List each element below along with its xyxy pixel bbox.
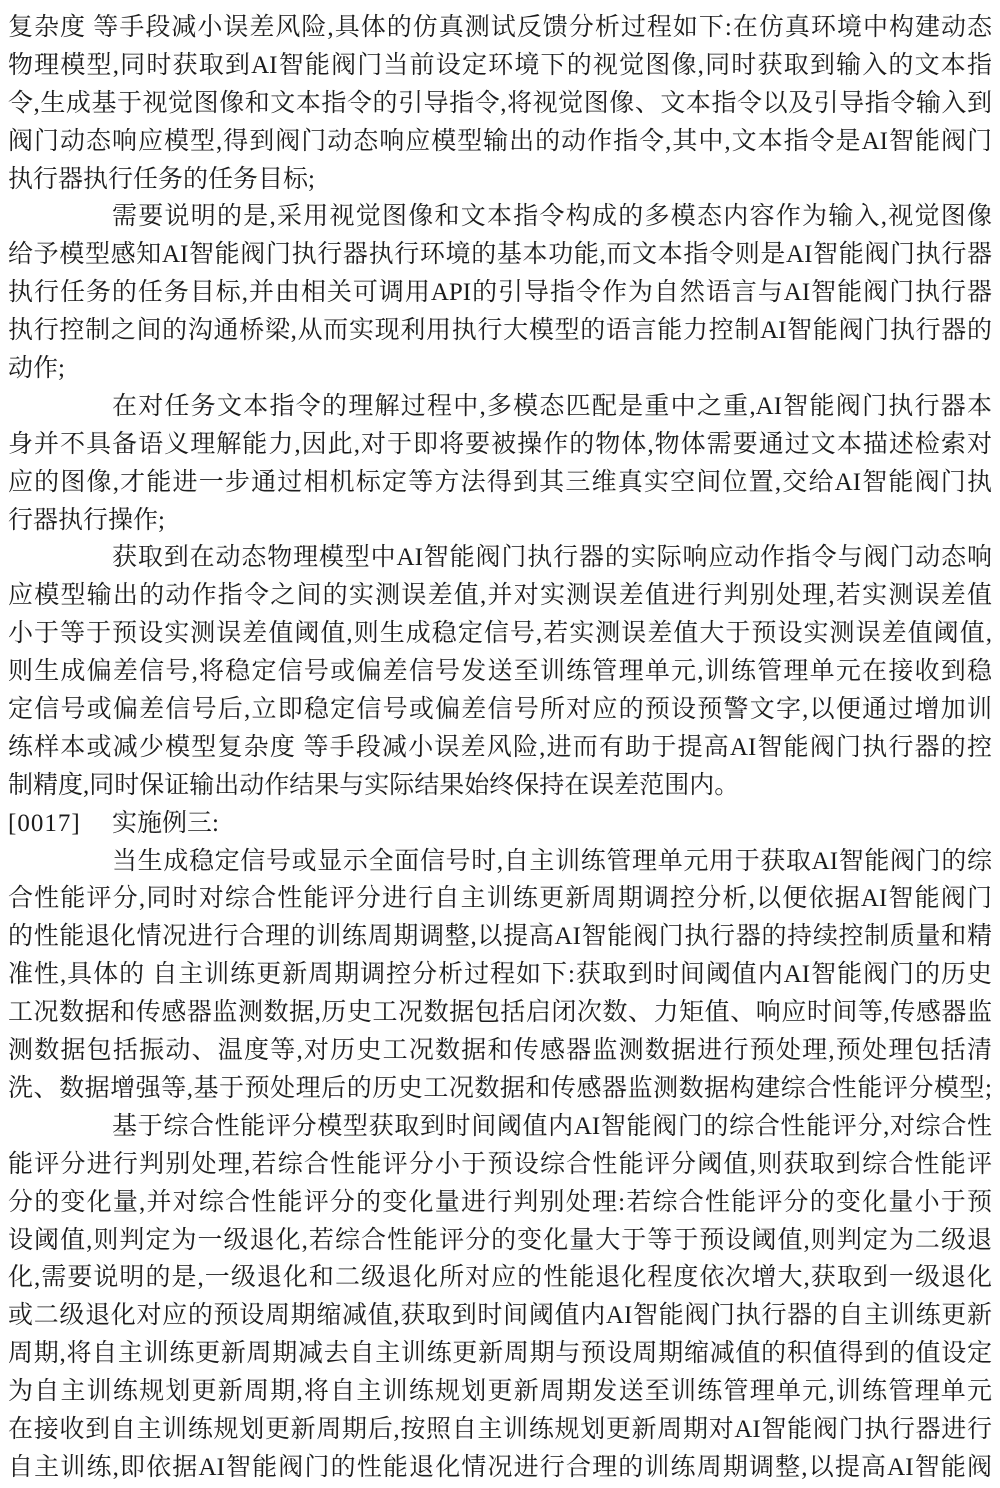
- text-line: 洗、数据增强等,基于预处理后的历史工况数据和传感器监测数据构建综合性能评分模型;: [8, 1070, 992, 1108]
- text-line: 周期,将自主训练更新周期减去自主训练更新周期与预设周期缩减值的积值得到的值设定: [8, 1335, 992, 1373]
- text-line: 分的变化量,并对综合性能评分的变化量进行判别处理:若综合性能评分的变化量小于预: [8, 1184, 992, 1222]
- text-line: 测数据包括振动、温度等,对历史工况数据和传感器监测数据进行预处理,预处理包括清: [8, 1032, 992, 1070]
- text-line: 令,生成基于视觉图像和文本指令的引导指令,将视觉图像、文本指令以及引导指令输入到: [8, 85, 992, 123]
- text-line: 在接收到自主训练规划更新周期后,按照自主训练规划更新周期对AI智能阀门执行器进行: [8, 1411, 992, 1449]
- text-line: 设阈值,则判定为一级退化,若综合性能评分的变化量大于等于预设阈值,则判定为二级退: [8, 1222, 992, 1260]
- text-line: 能评分进行判别处理,若综合性能评分小于预设综合性能评分阈值,则获取到综合性能评: [8, 1146, 992, 1184]
- text-line: 当生成稳定信号或显示全面信号时,自主训练管理单元用于获取AI智能阀门的综: [8, 843, 992, 881]
- text-line: 化,需要说明的是,一级退化和二级退化所对应的性能退化程度依次增大,获取到一级退化: [8, 1259, 992, 1297]
- text-line: 小于等于预设实测误差值阈值,则生成稳定信号,若实测误差值大于预设实测误差值阈值,: [8, 615, 992, 653]
- text-line: 则生成偏差信号,将稳定信号或偏差信号发送至训练管理单元,训练管理单元在接收到稳: [8, 653, 992, 691]
- text-line: 基于综合性能评分模型获取到时间阈值内AI智能阀门的综合性能评分,对综合性: [8, 1108, 992, 1146]
- text-line: 执行控制之间的沟通桥梁,从而实现利用执行大模型的语言能力控制AI智能阀门执行器的: [8, 312, 992, 350]
- text-line: 给予模型感知AI智能阀门执行器执行环境的基本功能,而文本指令则是AI智能阀门执行…: [8, 236, 992, 274]
- text-line: 阀门动态响应模型,得到阀门动态响应模型输出的动作指令,其中,文本指令是AI智能阀…: [8, 123, 992, 161]
- text-line: 执行器执行任务的任务目标;: [8, 161, 992, 199]
- paragraph-number: [0017]: [8, 805, 112, 843]
- text-line: 制精度,同时保证输出动作结果与实际结果始终保持在误差范围内。: [8, 767, 992, 805]
- text-line: 动作;: [8, 350, 992, 388]
- text-line: 的性能退化情况进行合理的训练周期调整,以提高AI智能阀门执行器的持续控制质量和精: [8, 918, 992, 956]
- patent-text-page: 复杂度 等手段减小误差风险,具体的仿真测试反馈分析过程如下:在仿真环境中构建动态…: [0, 0, 1000, 1488]
- text-line: 合性能评分,同时对综合性能评分进行自主训练更新周期调控分析,以便依据AI智能阀门: [8, 880, 992, 918]
- text-line: 工况数据和传感器监测数据,历史工况数据包括启闭次数、力矩值、响应时间等,传感器监: [8, 994, 992, 1032]
- text-line: 应的图像,才能进一步通过相机标定等方法得到其三维真实空间位置,交给AI智能阀门执: [8, 464, 992, 502]
- text-line: 在对任务文本指令的理解过程中,多模态匹配是重中之重,AI智能阀门执行器本: [8, 388, 992, 426]
- text-line: 定信号或偏差信号后,立即稳定信号或偏差信号所对应的预设预警文字,以便通过增加训: [8, 691, 992, 729]
- text-line: 自主训练,即依据AI智能阀门的性能退化情况进行合理的训练周期调整,以提高AI智能…: [8, 1449, 992, 1487]
- text-line: 身并不具备语义理解能力,因此,对于即将要被操作的物体,物体需要通过文本描述检索对: [8, 426, 992, 464]
- text-line: 应模型输出的动作指令之间的实测误差值,并对实测误差值进行判别处理,若实测误差值: [8, 577, 992, 615]
- text-line: 需要说明的是,采用视觉图像和文本指令构成的多模态内容作为输入,视觉图像: [8, 198, 992, 236]
- text-line: 为自主训练规划更新周期,将自主训练规划更新周期发送至训练管理单元,训练管理单元: [8, 1373, 992, 1411]
- text-line: 行器执行操作;: [8, 502, 992, 540]
- text-line: 获取到在动态物理模型中AI智能阀门执行器的实际响应动作指令与阀门动态响: [8, 539, 992, 577]
- paragraph-heading-text: 实施例三:: [112, 810, 219, 837]
- text-line: 或二级退化对应的预设周期缩减值,获取到时间阈值内AI智能阀门执行器的自主训练更新: [8, 1297, 992, 1335]
- paragraph-numbered-line: [0017]实施例三:: [8, 805, 992, 843]
- text-line: 物理模型,同时获取到AI智能阀门当前设定环境下的视觉图像,同时获取到输入的文本指: [8, 47, 992, 85]
- text-line: 练样本或减少模型复杂度 等手段减小误差风险,进而有助于提高AI智能阀门执行器的控: [8, 729, 992, 767]
- text-line: 复杂度 等手段减小误差风险,具体的仿真测试反馈分析过程如下:在仿真环境中构建动态: [8, 9, 992, 47]
- text-line: 准性,具体的 自主训练更新周期调控分析过程如下:获取到时间阈值内AI智能阀门的历…: [8, 956, 992, 994]
- text-line: 执行任务的任务目标,并由相关可调用API的引导指令作为自然语言与AI智能阀门执行…: [8, 274, 992, 312]
